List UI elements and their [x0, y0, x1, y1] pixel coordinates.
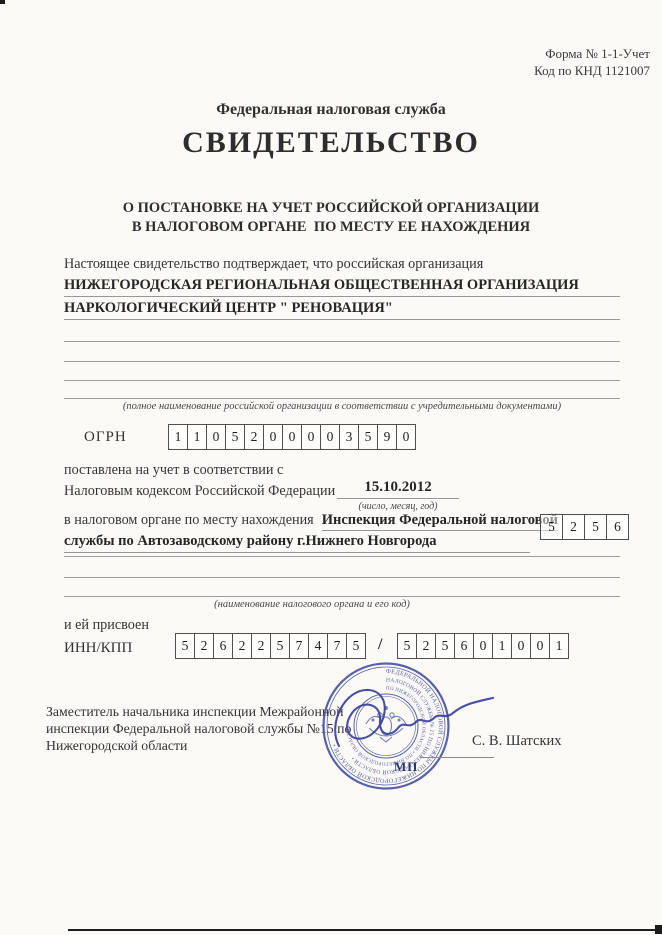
assigned-text: и ей присвоен: [64, 617, 149, 634]
tax-office-row: в налоговом органе по месту нахождения И…: [64, 511, 558, 529]
document-subtitle-line1: О ПОСТАНОВКЕ НА УЧЕТ РОССИЙСКОЙ ОРГАНИЗА…: [0, 200, 662, 217]
scan-speck-bottom-right: [655, 925, 662, 934]
blank-line: [64, 341, 620, 342]
tax-office-name-line1: Инспекция Федеральной налоговой: [322, 512, 558, 531]
signatory-title: Заместитель начальника инспекции Межрайо…: [46, 703, 356, 754]
blank-line: [64, 577, 620, 578]
digit-cell: 0: [282, 424, 302, 450]
digit-cell: 5: [540, 514, 563, 540]
digit-cell: 0: [473, 633, 493, 659]
digit-cell: 0: [396, 424, 416, 450]
document-title: СВИДЕТЕЛЬСТВО: [0, 126, 662, 160]
signatory-name: С. В. Шатских: [472, 733, 562, 750]
digit-cell: 2: [251, 633, 271, 659]
blank-line: [64, 398, 620, 399]
digit-cell: 9: [377, 424, 397, 450]
digit-cell: 0: [301, 424, 321, 450]
digit-cell: 6: [454, 633, 474, 659]
tax-office-code-boxes: 5256: [540, 514, 629, 540]
digit-cell: 4: [308, 633, 328, 659]
mp-stamp-place-label: МП: [394, 759, 418, 775]
signature: [325, 678, 525, 766]
digit-cell: 0: [320, 424, 340, 450]
digit-cell: 1: [187, 424, 207, 450]
digit-cell: 2: [562, 514, 585, 540]
kpp-digit-boxes: 525601001: [397, 633, 569, 659]
digit-cell: 1: [549, 633, 569, 659]
digit-cell: 5: [358, 424, 378, 450]
digit-cell: 5: [270, 633, 290, 659]
registered-text-line1: поставлена на учет в соответствии с: [64, 462, 283, 479]
intro-text: Настоящее свидетельство подтверждает, чт…: [64, 256, 483, 273]
knd-code: Код по КНД 1121007: [534, 63, 650, 80]
organization-name-caption: (полное наименование российской организа…: [64, 401, 620, 412]
digit-cell: 0: [206, 424, 226, 450]
digit-cell: 1: [492, 633, 512, 659]
tax-office-caption: (наименование налогового органа и его ко…: [64, 599, 560, 610]
inn-digit-boxes: 5262257475: [175, 633, 366, 659]
digit-cell: 5: [175, 633, 195, 659]
digit-cell: 0: [511, 633, 531, 659]
ogrn-label: ОГРН: [84, 429, 127, 446]
certificate-page: Форма № 1-1-Учет Код по КНД 1121007 Феде…: [0, 0, 662, 935]
digit-cell: 7: [289, 633, 309, 659]
signature-line: [420, 757, 494, 758]
digit-cell: 6: [606, 514, 629, 540]
digit-cell: 5: [225, 424, 245, 450]
scan-edge-bottom: [68, 929, 662, 931]
digit-cell: 2: [244, 424, 264, 450]
tax-office-name-line2: службы по Автозаводскому району г.Нижнег…: [64, 533, 530, 553]
digit-cell: 2: [232, 633, 252, 659]
digit-cell: 7: [327, 633, 347, 659]
registration-date: 15.10.2012: [337, 479, 459, 499]
inn-kpp-slash: /: [378, 636, 382, 654]
blank-line: [64, 361, 620, 362]
tax-office-prefix: в налоговом органе по месту нахождения: [64, 512, 314, 528]
digit-cell: 3: [339, 424, 359, 450]
form-code-block: Форма № 1-1-Учет Код по КНД 1121007: [534, 46, 650, 80]
digit-cell: 1: [168, 424, 188, 450]
digit-cell: 2: [416, 633, 436, 659]
registered-text-line2: Налоговым кодексом Российской Федерации: [64, 483, 335, 500]
digit-cell: 5: [397, 633, 417, 659]
digit-cell: 2: [194, 633, 214, 659]
agency-name: Федеральная налоговая служба: [0, 101, 662, 119]
digit-cell: 6: [213, 633, 233, 659]
digit-cell: 5: [584, 514, 607, 540]
digit-cell: 0: [530, 633, 550, 659]
signatory-title-line3: Нижегородской области: [46, 737, 356, 754]
inn-kpp-label: ИНН/КПП: [64, 640, 132, 657]
signatory-title-line1: Заместитель начальника инспекции Межрайо…: [46, 703, 356, 720]
blank-line: [64, 380, 620, 381]
organization-name-line1: НИЖЕГОРОДСКАЯ РЕГИОНАЛЬНАЯ ОБЩЕСТВЕННАЯ …: [64, 277, 620, 297]
digit-cell: 5: [435, 633, 455, 659]
organization-name-line2: НАРКОЛОГИЧЕСКИЙ ЦЕНТР " РЕНОВАЦИЯ": [64, 300, 620, 320]
blank-line: [64, 596, 620, 597]
digit-cell: 5: [346, 633, 366, 659]
blank-line: [64, 556, 620, 557]
scan-speck-top-left: [0, 0, 5, 4]
form-number: Форма № 1-1-Учет: [534, 46, 650, 63]
ogrn-digit-boxes: 1105200003590: [168, 424, 416, 450]
document-subtitle-line2: В НАЛОГОВОМ ОРГАНЕ ПО МЕСТУ ЕЕ НАХОЖДЕНИ…: [0, 219, 662, 236]
digit-cell: 0: [263, 424, 283, 450]
signatory-title-line2: инспекции Федеральной налоговой службы №…: [46, 720, 356, 737]
